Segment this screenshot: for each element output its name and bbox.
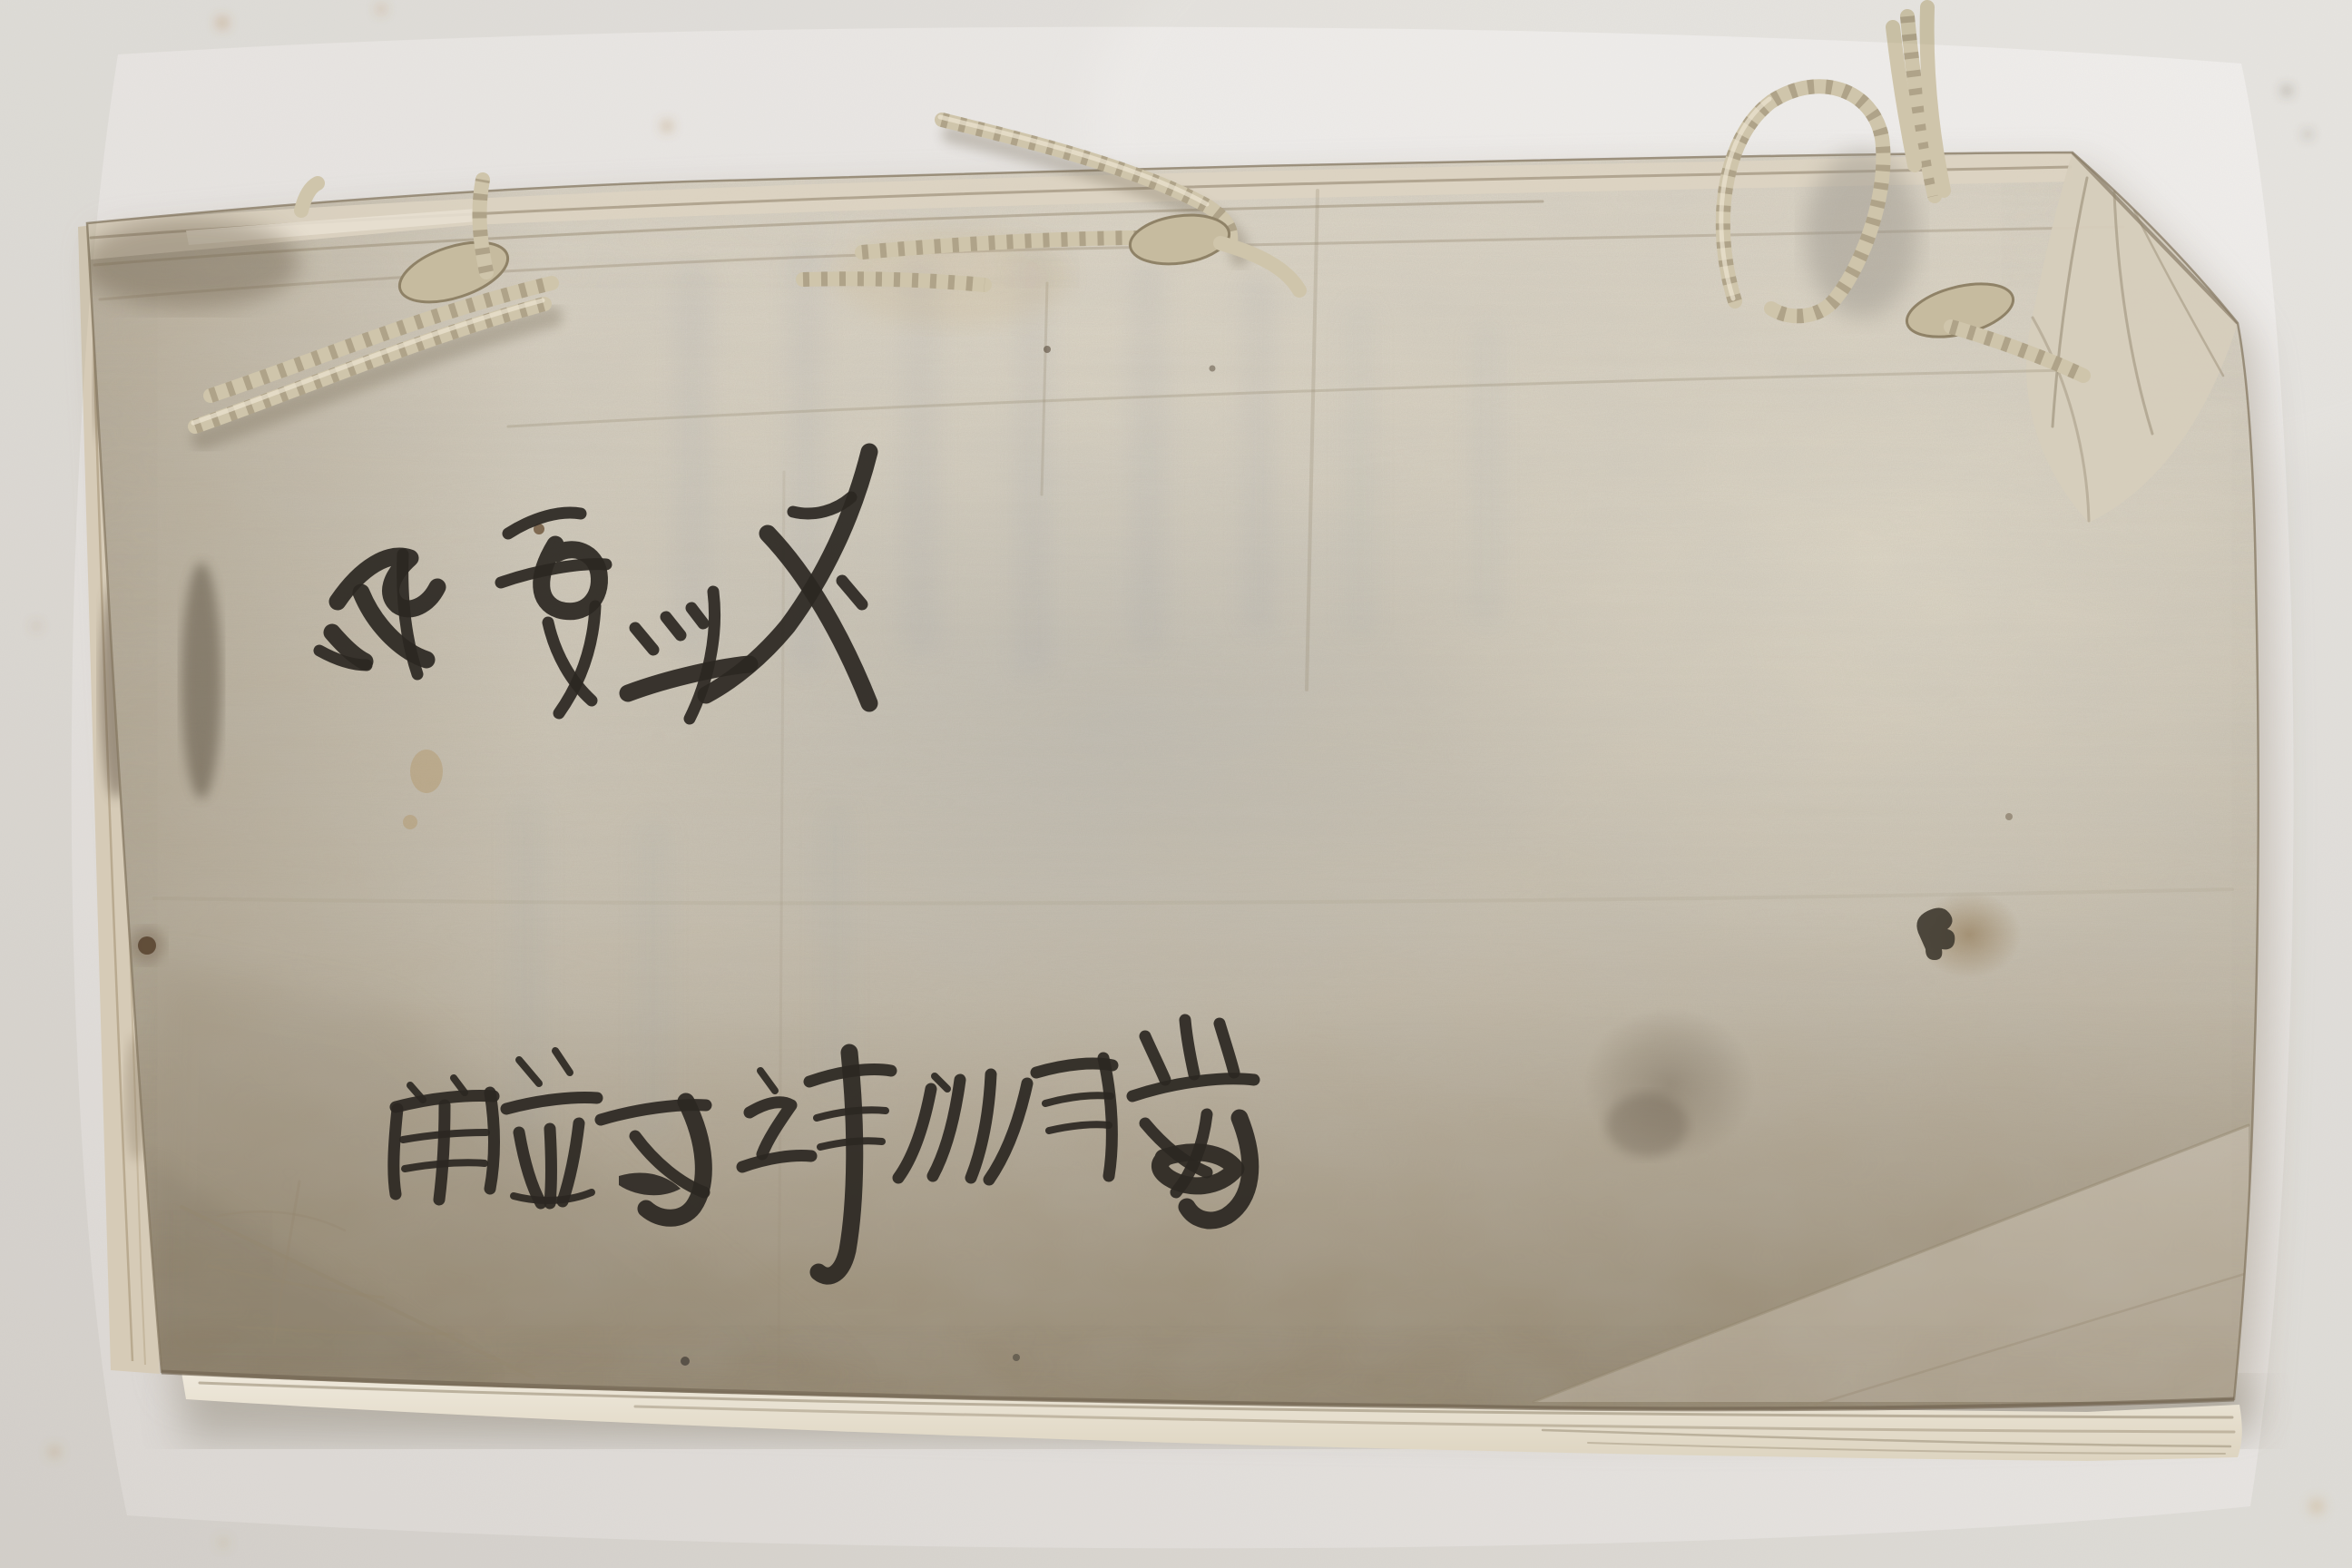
photograph: Old East Asian stitched manuscript book … bbox=[0, 0, 2352, 1568]
photo-canvas: Old East Asian stitched manuscript book … bbox=[0, 0, 2352, 1568]
